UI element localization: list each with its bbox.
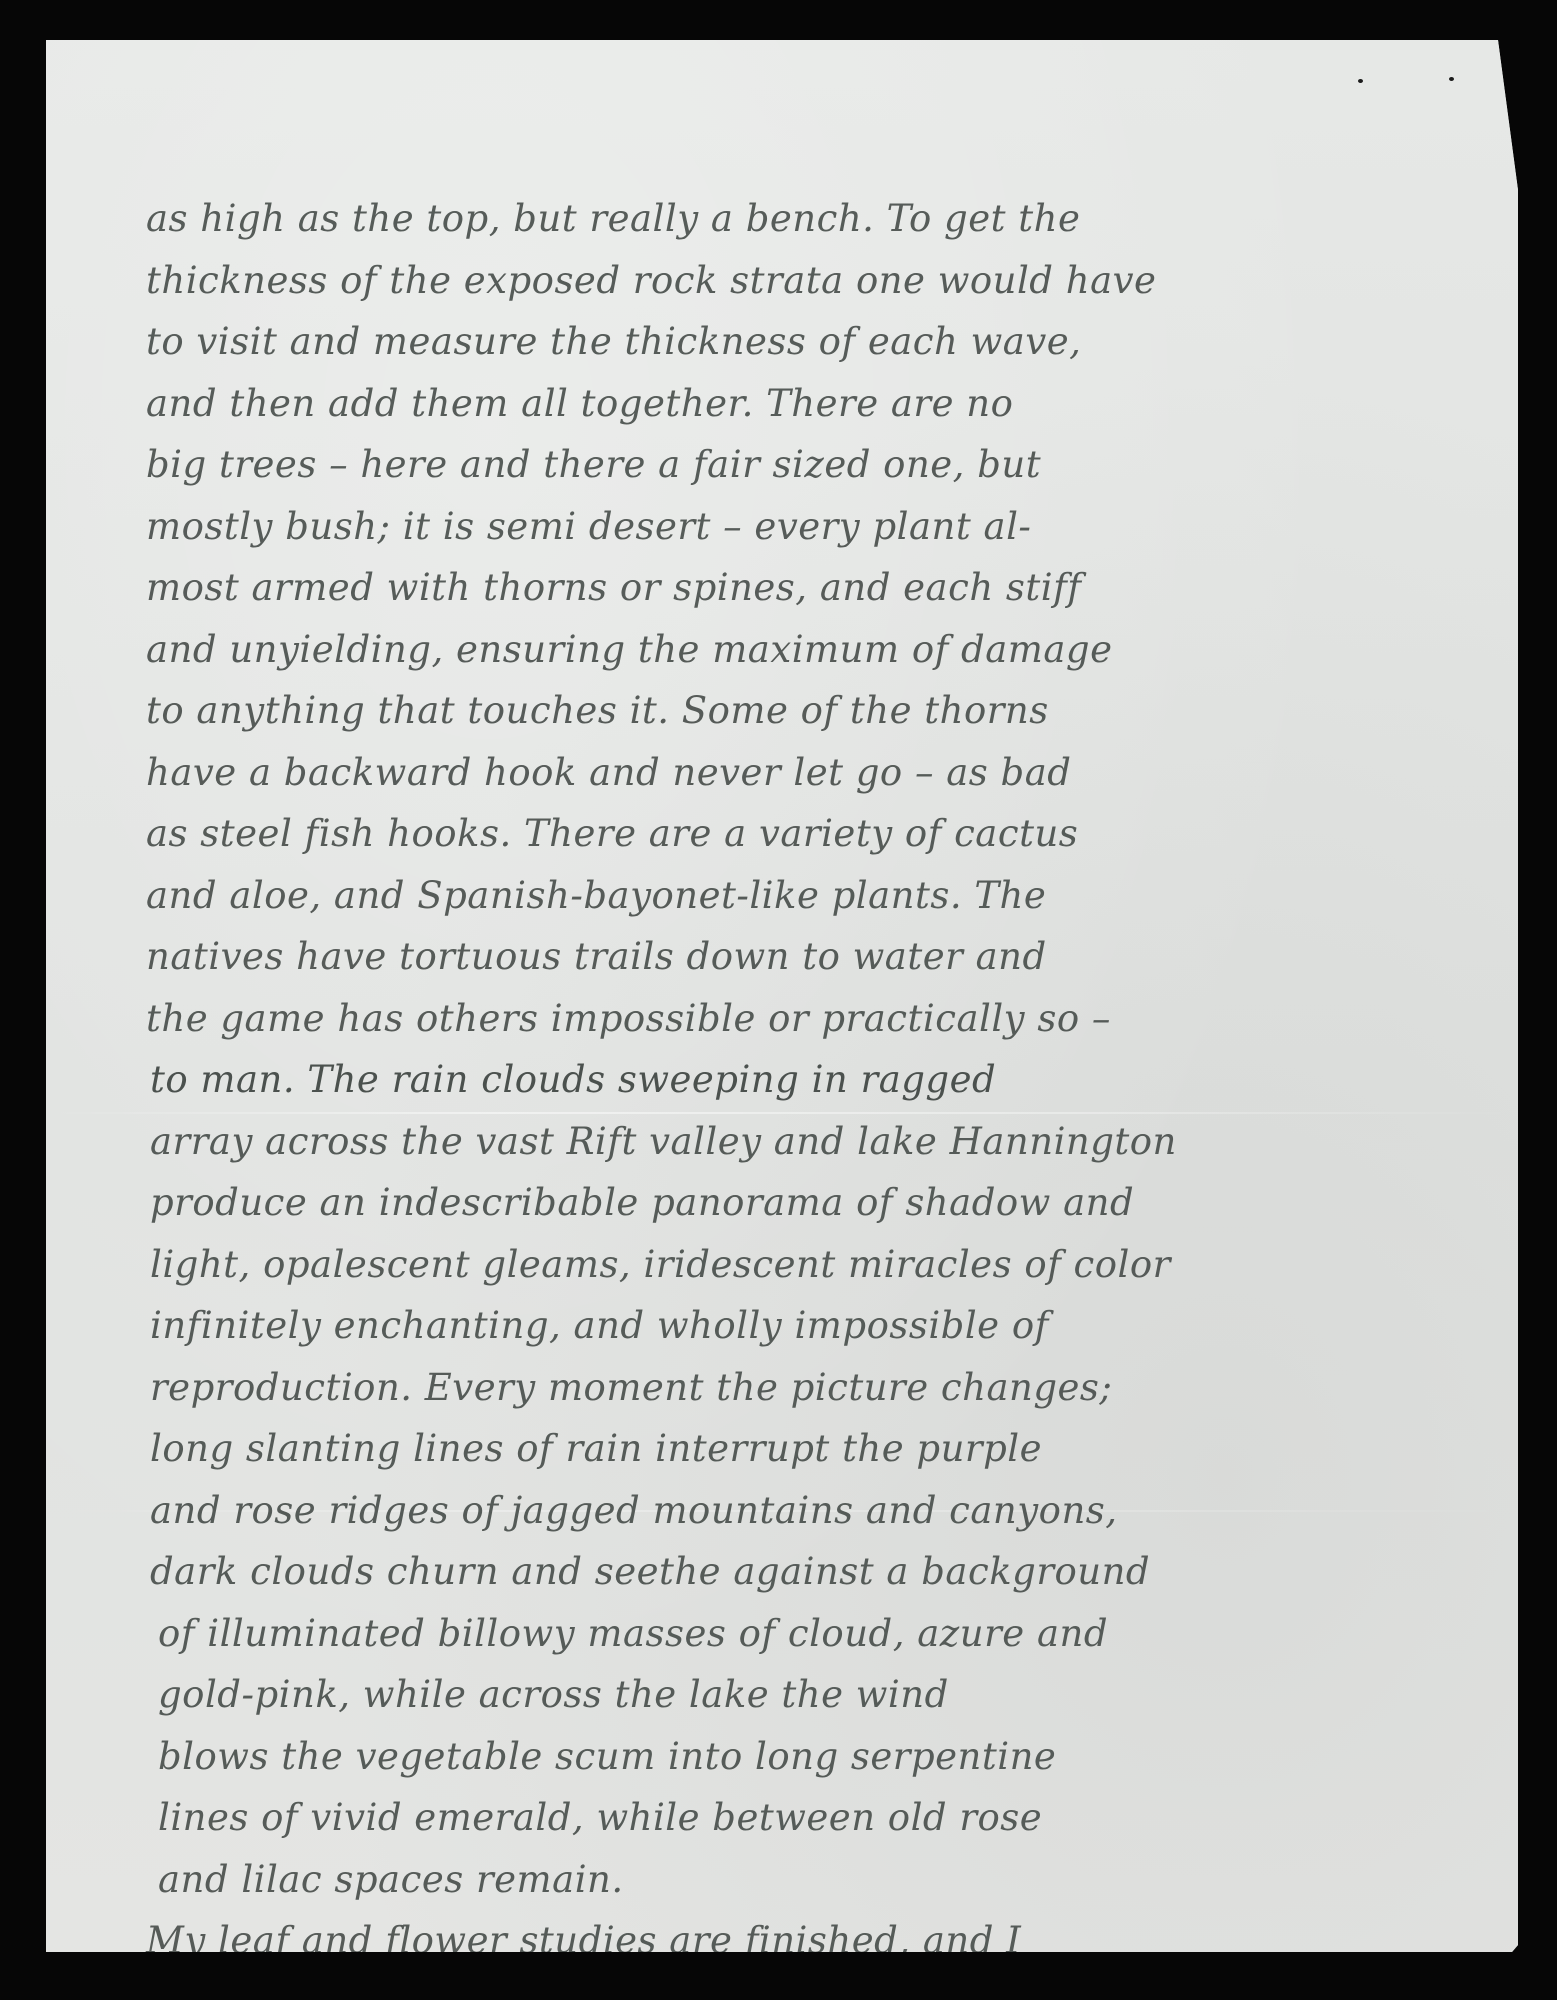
text-line-3: to visit and measure the thickness of ea… — [146, 311, 1546, 373]
text-line-6: mostly bush; it is semi desert – every p… — [146, 496, 1546, 558]
text-line-11: as steel fish hooks. There are a variety… — [146, 803, 1546, 865]
handwritten-text-body: as high as the top, but really a bench. … — [146, 188, 1546, 1972]
text-line-1: as high as the top, but really a bench. … — [146, 188, 1546, 250]
letter-page: as high as the top, but really a bench. … — [46, 40, 1518, 1952]
text-line-4: and then add them all together. There ar… — [146, 373, 1546, 435]
text-line-23: dark clouds churn and seethe against a b… — [146, 1541, 1546, 1603]
text-line-14: the game has others impossible or practi… — [146, 988, 1546, 1050]
text-line-26: blows the vegetable scum into long serpe… — [146, 1726, 1546, 1788]
text-line-9: to anything that touches it. Some of the… — [146, 680, 1546, 742]
text-line-13: natives have tortuous trails down to wat… — [146, 926, 1546, 988]
text-line-12: and aloe, and Spanish-bayonet-like plant… — [146, 865, 1546, 927]
text-line-29: My leaf and flower studies are finished,… — [146, 1910, 1546, 1972]
text-line-21: long slanting lines of rain interrupt th… — [146, 1418, 1546, 1480]
text-line-16: array across the vast Rift valley and la… — [146, 1111, 1546, 1173]
text-line-17: produce an indescribable panorama of sha… — [146, 1172, 1546, 1234]
text-line-7: most armed with thorns or spines, and ea… — [146, 557, 1546, 619]
text-line-24: of illuminated billowy masses of cloud, … — [146, 1603, 1546, 1665]
pinhole-mark — [1449, 77, 1454, 81]
text-line-27: lines of vivid emerald, while between ol… — [146, 1787, 1546, 1849]
text-line-18: light, opalescent gleams, iridescent mir… — [146, 1234, 1546, 1296]
scan-background: as high as the top, but really a bench. … — [0, 0, 1557, 2000]
text-line-28: and lilac spaces remain. — [146, 1849, 1546, 1911]
text-line-10: have a backward hook and never let go – … — [146, 742, 1546, 804]
text-line-22: and rose ridges of jagged mountains and … — [146, 1480, 1546, 1542]
text-line-20: reproduction. Every moment the picture c… — [146, 1357, 1546, 1419]
pinhole-mark — [1358, 79, 1363, 83]
text-line-15: to man. The rain clouds sweeping in ragg… — [146, 1049, 1546, 1111]
text-line-25: gold-pink, while across the lake the win… — [146, 1664, 1546, 1726]
text-line-2: thickness of the exposed rock strata one… — [146, 250, 1546, 312]
text-line-8: and unyielding, ensuring the maximum of … — [146, 619, 1546, 681]
text-line-19: infinitely enchanting, and wholly imposs… — [146, 1295, 1546, 1357]
text-line-5: big trees – here and there a fair sized … — [146, 434, 1546, 496]
